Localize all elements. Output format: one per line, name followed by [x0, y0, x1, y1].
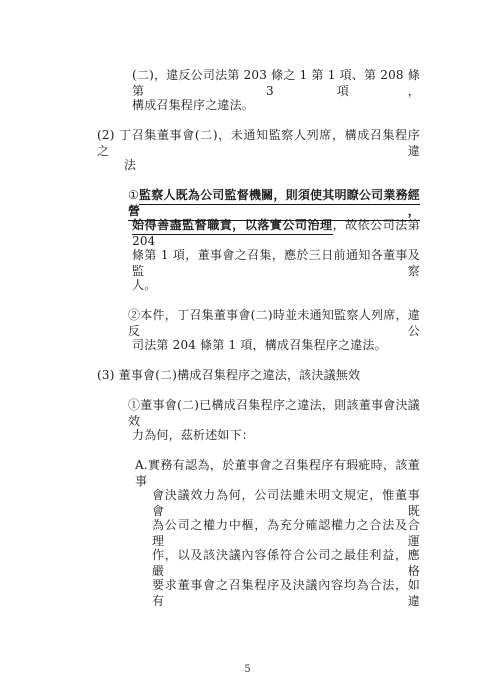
- body-text: 條第 1 項，董事會之召集，應於三日前通知各董事及監察: [132, 248, 420, 278]
- body-text: 要求董事會之召集程序及決議內容均為合法，如有違: [152, 578, 420, 608]
- text-line-circled-1: ①監察人既為公司監督機關，則須使其明瞭公司業務經營，: [128, 187, 420, 219]
- body-text: 會決議效力為何，公司法雖未明文規定，惟董事會既: [152, 488, 420, 518]
- text-line-item-3: (3) 董事會(二)構成召集程序之違法，該決議無效: [97, 367, 360, 383]
- body-text: ①董事會(二)已構成召集程序之違法，則該董事會決議效: [128, 398, 420, 428]
- text-line: (二)，違反公司法第 203 條之 1 第 1 項、第 208 條第 3 項，: [132, 67, 420, 99]
- body-text: 司法第 204 條第 1 項，構成召集程序之違法。: [132, 338, 387, 352]
- body-text: 人。: [132, 278, 156, 292]
- text-line: 法: [124, 157, 136, 173]
- text-line: 作，以及該決議內容係符合公司之最佳利益，應嚴格: [152, 547, 420, 579]
- text-line: 構成召集程序之違法。: [132, 97, 254, 113]
- body-text: (2) 丁召集董事會(二)，未通知監察人列席，構成召集程序之違: [97, 128, 420, 158]
- body-text: 為公司之權力中樞，為充分確認權力之合法及合理運: [152, 518, 420, 548]
- page-number: 5: [0, 664, 495, 676]
- text-line-circled-2: ②本件，丁召集董事會(二)時並未通知監察人列席，違反公: [128, 307, 420, 339]
- text-line: 會決議效力為何，公司法雖未明文規定，惟董事會既: [152, 487, 420, 519]
- text-line: 人。: [132, 277, 156, 293]
- text-line: 條第 1 項，董事會之召集，應於三日前通知各董事及監察: [132, 247, 420, 279]
- body-text: 構成召集程序之違法。: [132, 98, 254, 112]
- body-text: (3) 董事會(二)構成召集程序之違法，該決議無效: [97, 368, 360, 382]
- text-line: 始得善盡監督職責，以落實公司治理，故依公司法第 204: [132, 217, 420, 249]
- text-line: 要求董事會之召集程序及決議內容均為合法，如有違: [152, 577, 420, 609]
- body-text: 力為何，茲析述如下：: [132, 428, 254, 442]
- emphasized-text: 始得善盡監督職責，以落實公司治理: [132, 218, 333, 235]
- body-text: ②本件，丁召集董事會(二)時並未通知監察人列席，違反公: [128, 308, 420, 338]
- list-marker-circled-1: ①: [128, 188, 139, 202]
- body-text: 法: [124, 158, 136, 172]
- text-line-item-2: (2) 丁召集董事會(二)，未通知監察人列席，構成召集程序之違: [97, 127, 420, 159]
- body-text: 作，以及該決議內容係符合公司之最佳利益，應嚴格: [152, 548, 420, 578]
- body-text: A.實務有認為，於董事會之召集程序有瑕疵時，該董事: [135, 458, 420, 488]
- text-line: 司法第 204 條第 1 項，構成召集程序之違法。: [132, 337, 387, 353]
- body-text: (二)，違反公司法第 203 條之 1 第 1 項、第 208 條第 3 項，: [132, 68, 420, 98]
- text-line-item-A: A.實務有認為，於董事會之召集程序有瑕疵時，該董事: [135, 457, 420, 489]
- text-line-circled-1: ①董事會(二)已構成召集程序之違法，則該董事會決議效: [128, 397, 420, 429]
- text-line: 為公司之權力中樞，為充分確認權力之合法及合理運: [152, 517, 420, 549]
- document-page: (二)，違反公司法第 203 條之 1 第 1 項、第 208 條第 3 項， …: [0, 0, 495, 700]
- text-line: 力為何，茲析述如下：: [132, 427, 254, 443]
